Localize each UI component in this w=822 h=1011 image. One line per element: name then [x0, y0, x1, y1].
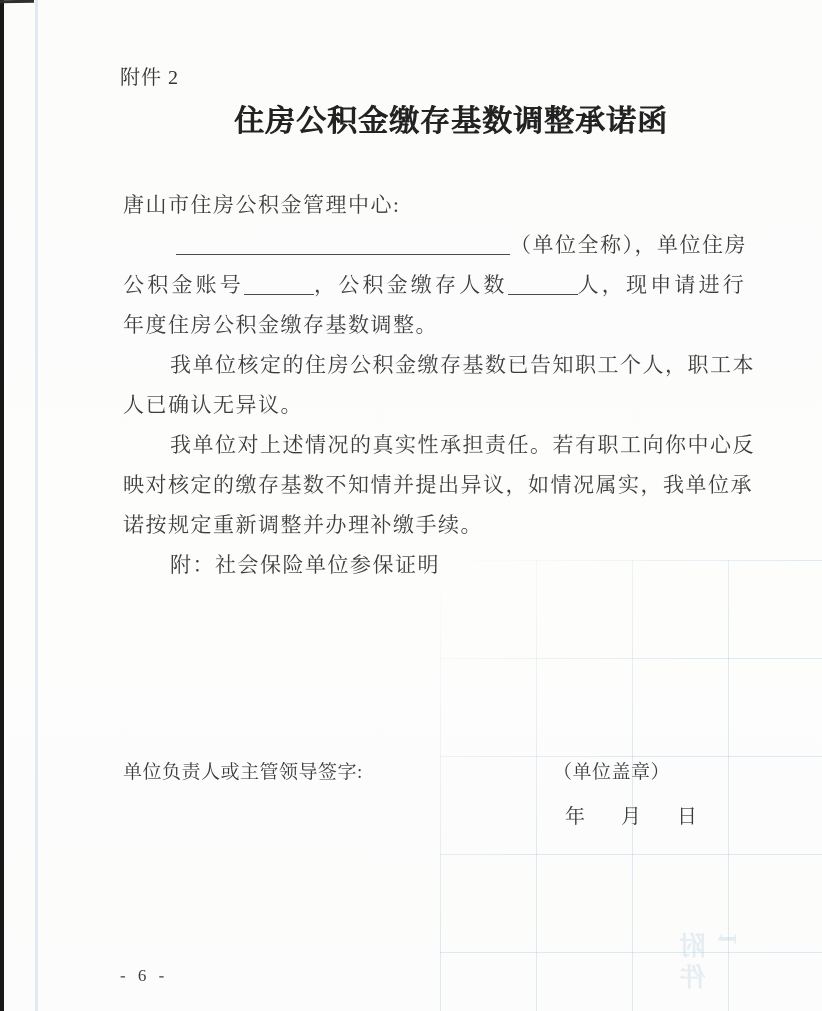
unit-name-blank-field — [176, 254, 510, 255]
headcount-label: ，公积金缴存人数 — [314, 273, 508, 297]
attachment-note-line: 附：社会保险单位参保证明 — [123, 545, 767, 585]
signature-label: 单位负责人或主管领导签字: — [123, 762, 363, 783]
unit-name-line: （单位全称），单位住房 — [123, 225, 767, 265]
salutation-line: 唐山市住房公积金管理中心: — [123, 185, 767, 225]
promise-paragraph-line3: 诺按规定重新调整并办理补缴手续。 — [123, 505, 767, 545]
promise-paragraph-line1: 我单位对上述情况的真实性承担责任。若有职工向你中心反 — [123, 425, 767, 465]
promise-paragraph-line2: 映对核定的缴存基数不知情并提出异议，如情况属实，我单位承 — [123, 465, 767, 505]
page-number: - 6 - — [120, 966, 168, 986]
scanned-document-page: 附件1 附件 2 住房公积金缴存基数调整承诺函 唐山市住房公积金管理中心: （单… — [0, 0, 822, 1011]
bleed-through-text: 附件1 — [676, 932, 743, 1011]
headcount-suffix: 人，现申请进行 — [578, 273, 747, 297]
account-label: 公积金账号 — [123, 273, 244, 297]
notify-paragraph-line2: 人已确认无异议。 — [123, 385, 767, 425]
unit-name-suffix: （单位全称），单位住房 — [510, 233, 747, 257]
paper-fold-line — [35, 0, 38, 1011]
request-line: 年度住房公积金缴存基数调整。 — [123, 305, 767, 345]
account-headcount-line: 公积金账号，公积金缴存人数人，现申请进行 — [123, 265, 767, 305]
unit-seal-label: （单位盖章） — [553, 753, 670, 793]
scan-corner-mark — [0, 0, 34, 3]
date-line: 年 月 日 — [565, 797, 705, 837]
document-body: 唐山市住房公积金管理中心: （单位全称），单位住房 公积金账号，公积金缴存人数人… — [123, 185, 767, 585]
headcount-blank-field — [508, 294, 578, 295]
scan-edge-strip — [0, 0, 4, 1011]
document-title: 住房公积金缴存基数调整承诺函 — [137, 100, 765, 144]
notify-paragraph-line1: 我单位核定的住房公积金缴存基数已告知职工个人，职工本 — [123, 345, 767, 385]
signature-row: 单位负责人或主管领导签字: （单位盖章） — [123, 753, 783, 793]
account-blank-field — [244, 294, 314, 295]
attachment-label: 附件 2 — [120, 64, 179, 92]
